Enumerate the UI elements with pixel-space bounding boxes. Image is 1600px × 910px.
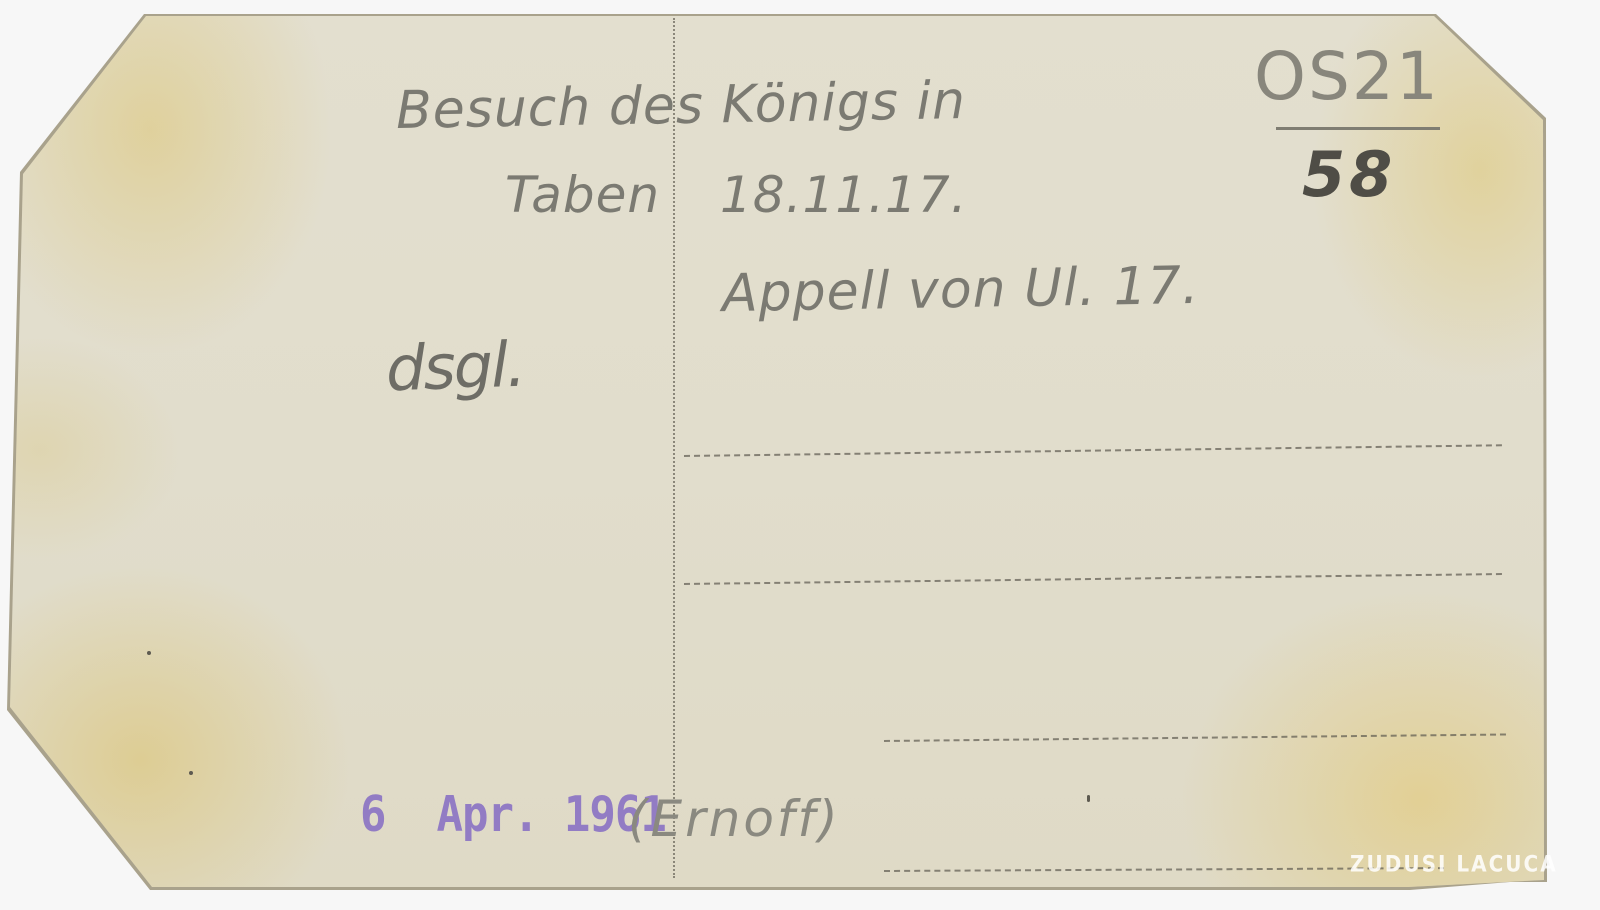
handwritten-note-line-3: Appell von Ul. 17.: [722, 256, 1200, 324]
address-line-2: [684, 573, 1502, 585]
handwritten-note-dsgl: dsgl.: [385, 328, 525, 406]
paper-speck: [147, 651, 151, 655]
handwritten-note-line-1: Besuch des Königs in: [396, 71, 967, 141]
handwritten-note-line-2-place: Taben: [505, 166, 660, 224]
archive-number-top: OS21: [1254, 38, 1440, 115]
stamp-signature: (Ernoff): [628, 790, 841, 848]
scan-background: Besuch des Königs in Taben 18.11.17. App…: [0, 0, 1600, 910]
paper-speck: [1087, 795, 1090, 802]
date-stamp: 6 Apr. 1961: [360, 786, 666, 843]
watermark: ZUDUSI LACUCA: [1350, 851, 1558, 877]
postcard-center-divider: [673, 18, 675, 878]
paper-speck: [189, 771, 193, 775]
archive-number-bottom: 58: [1302, 138, 1396, 211]
address-line-3: [884, 733, 1506, 742]
postcard: Besuch des Königs in Taben 18.11.17. App…: [0, 0, 1600, 910]
archive-number-fraction-rule: [1276, 127, 1440, 130]
address-line-1: [684, 444, 1502, 457]
handwritten-note-line-2-date: 18.11.17.: [720, 166, 968, 224]
